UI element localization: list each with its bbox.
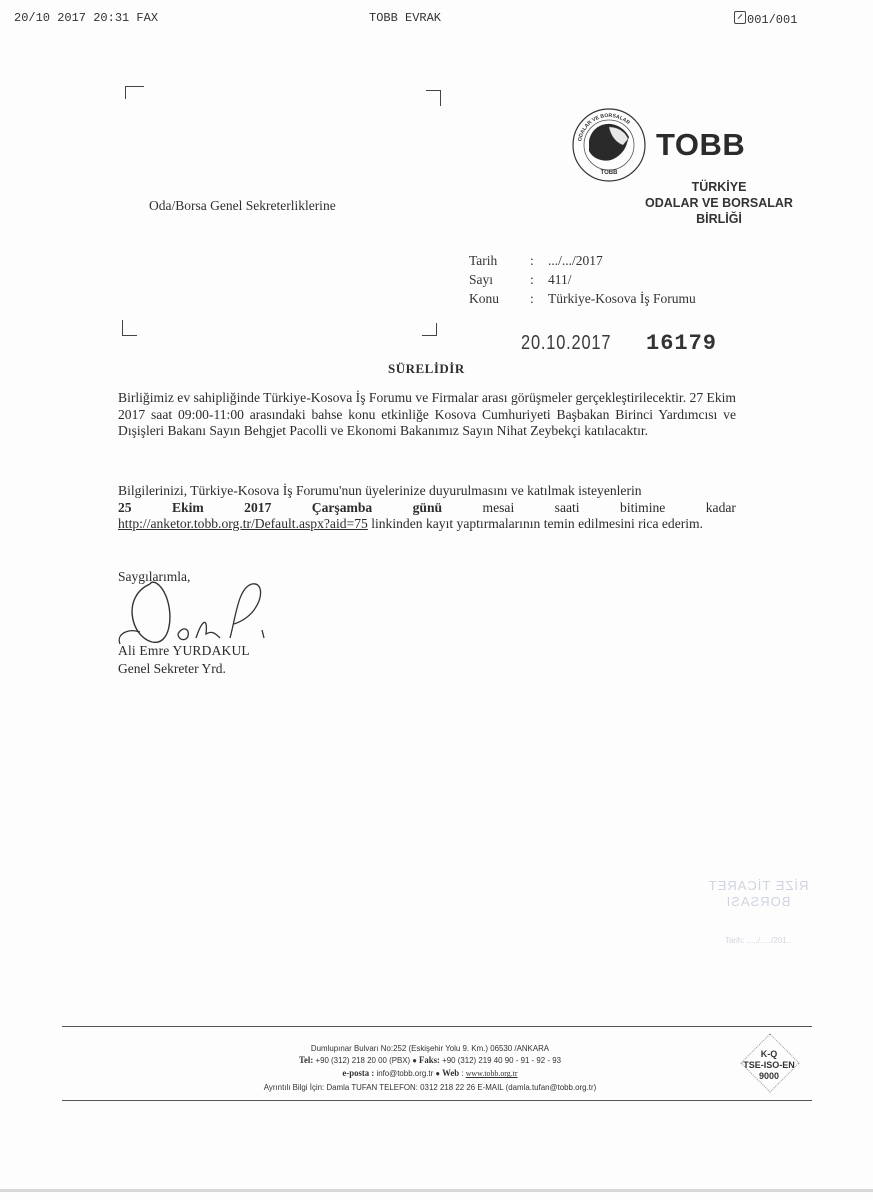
bullet-icon: ● <box>412 1056 416 1065</box>
body-paragraph-2: Bilgilerinizi, Türkiye-Kosova İş Forumu'… <box>118 483 736 533</box>
meta-value: 411/ <box>548 272 572 288</box>
iso-certification-badge: K-Q TSE-ISO-EN 9000 <box>734 1038 804 1096</box>
footer-rule-bottom <box>62 1100 812 1101</box>
fax-label: Faks: <box>419 1056 440 1066</box>
iso-line: 9000 <box>734 1071 804 1082</box>
fax-sender: TOBB EVRAK <box>369 11 441 25</box>
meta-value: Türkiye-Kosova İş Forumu <box>548 291 696 307</box>
web-label: Web <box>442 1069 459 1079</box>
registration-link[interactable]: http://anketor.tobb.org.tr/Default.aspx?… <box>118 516 368 531</box>
fax-header: 20/10 2017 20:31 FAX TOBB EVRAK 001/001 <box>0 11 873 29</box>
meta-colon: : <box>530 291 534 307</box>
iso-line: TSE-ISO-EN <box>734 1060 804 1071</box>
organization-name: TÜRKİYE ODALAR VE BORSALAR BİRLİĞİ <box>610 179 810 227</box>
footer-contact-person: Ayrıntılı Bilgi İçin: Damla TUFAN TELEFO… <box>209 1081 651 1093</box>
bullet-icon: ● <box>435 1069 439 1078</box>
iso-line: K-Q <box>734 1049 804 1060</box>
deadline-word: 2017 <box>244 500 271 517</box>
page-bottom-edge <box>0 1189 873 1192</box>
ghost-stamp-line: RİZE TİCARET <box>688 878 828 894</box>
footer-rule-top <box>62 1026 812 1027</box>
meta-colon: : <box>530 272 534 288</box>
ghost-stamp-line: BORSASI <box>688 894 828 910</box>
footer-phone-line: Tel: +90 (312) 218 20 00 (PBX) ● Faks: +… <box>209 1054 651 1067</box>
svg-text:TOBB: TOBB <box>601 170 619 176</box>
stamp-number: 16179 <box>646 331 717 356</box>
footer-address: Dumlupınar Bulvarı No:252 (Eskişehir Yol… <box>209 1042 651 1054</box>
stamp-date: 20.10.2017 <box>521 332 611 355</box>
fax-value: +90 (312) 219 40 90 - 91 - 92 - 93 <box>442 1055 561 1065</box>
ghost-stamp-sub: Tarih: ...../...../201.. <box>688 936 828 945</box>
deadline-word: Çarşamba <box>312 500 372 517</box>
window-corner-mark-bottom-right <box>422 323 437 336</box>
deadline-word: günü <box>413 500 442 517</box>
org-name-line: ODALAR VE BORSALAR <box>628 195 810 211</box>
link-line: http://anketor.tobb.org.tr/Default.aspx?… <box>118 516 736 533</box>
window-corner-mark-top-left <box>125 86 144 99</box>
fax-datetime: 20/10 2017 20:31 FAX <box>14 11 158 25</box>
meta-colon: : <box>530 253 534 269</box>
tel-value: +90 (312) 218 20 00 (PBX) <box>315 1055 410 1065</box>
tobb-logo-text: TOBB <box>656 127 745 163</box>
meta-value: .../.../2017 <box>548 253 603 269</box>
recipient: Oda/Borsa Genel Sekreterliklerine <box>149 198 336 214</box>
window-corner-mark-bottom-left <box>122 320 137 336</box>
fax-page-icon <box>734 11 746 24</box>
deadline-word: kadar <box>706 500 736 517</box>
org-name-line: BİRLİĞİ <box>628 211 810 227</box>
email-label: e-posta : <box>342 1069 374 1079</box>
paragraph-2-intro: Bilgilerinizi, Türkiye-Kosova İş Forumu'… <box>118 483 736 500</box>
deadline-word: bitimine <box>620 500 665 517</box>
fax-page-count: 001/001 <box>734 11 797 27</box>
tel-label: Tel: <box>299 1056 313 1066</box>
incoming-stamp-ghost: RİZE TİCARET BORSASI Tarih: ...../...../… <box>688 878 828 998</box>
footer-web-line: e-posta : info@tobb.org.tr ● Web : www.t… <box>209 1067 651 1080</box>
urgency-label: SÜRELİDİR <box>388 361 465 377</box>
body-paragraph-1: Birliğimiz ev sahipliğinde Türkiye-Kosov… <box>118 390 736 440</box>
paragraph-2-after-link: linkinden kayıt yaptırmalarının temin ed… <box>371 516 703 531</box>
deadline-word: mesai <box>483 500 515 517</box>
org-name-line: TÜRKİYE <box>628 179 810 195</box>
deadline-word: Ekim <box>172 500 204 517</box>
signatory-title: Genel Sekreter Yrd. <box>118 661 226 677</box>
tobb-seal-icon: TOBB ODALAR VE BORSALAR <box>571 107 647 183</box>
meta-label: Konu <box>469 291 499 307</box>
signatory-name: Ali Emre YURDAKUL <box>118 643 250 659</box>
deadline-line: 25 Ekim 2017 Çarşamba günü mesai saati b… <box>118 500 736 517</box>
window-corner-mark-top-right <box>426 90 441 106</box>
web-link[interactable]: www.tobb.org.tr <box>466 1068 518 1078</box>
deadline-word: 25 <box>118 500 132 517</box>
email-value: info@tobb.org.tr <box>376 1068 433 1078</box>
iso-text: K-Q TSE-ISO-EN 9000 <box>734 1049 804 1082</box>
meta-label: Sayı <box>469 272 493 288</box>
footer-contact: Dumlupınar Bulvarı No:252 (Eskişehir Yol… <box>209 1042 651 1093</box>
meta-label: Tarih <box>469 253 497 269</box>
deadline-word: saati <box>555 500 580 517</box>
